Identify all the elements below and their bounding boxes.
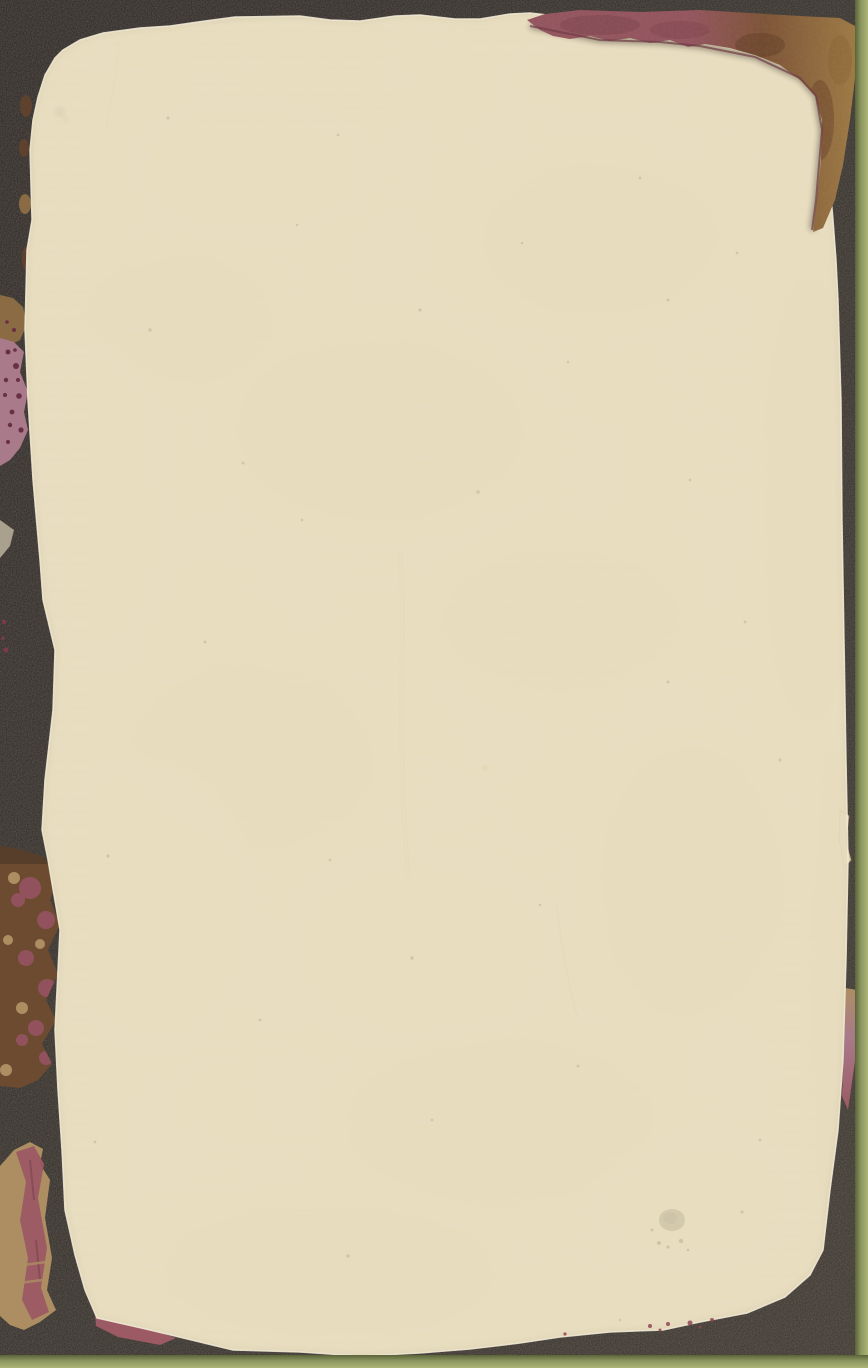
book-page-scan [0, 0, 868, 1368]
scan-photo [0, 0, 868, 1368]
binding-nub [19, 139, 29, 157]
green-mat-border-right [855, 0, 868, 1368]
binding-nub [20, 95, 32, 117]
green-mat-border-bottom [0, 1355, 868, 1368]
paper-page [0, 0, 868, 1368]
binding-nub [19, 194, 31, 214]
page-edge-highlight [25, 13, 848, 1356]
